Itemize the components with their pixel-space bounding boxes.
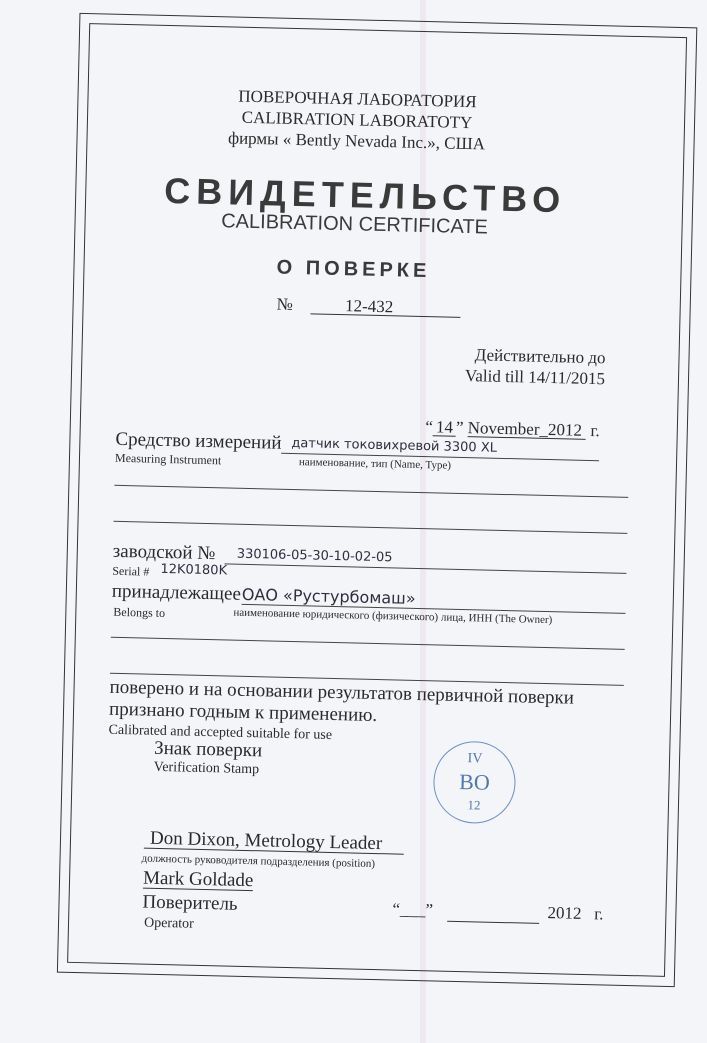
issue-date: “14” November_2012 г.	[425, 417, 600, 441]
operator-date-day: “___”	[392, 899, 433, 919]
operator-label-ru: Поверитель	[142, 892, 238, 916]
stamp-label-en: Verification Stamp	[154, 760, 260, 778]
stamp-label-ru: Знак поверки	[154, 738, 262, 763]
operator-date-year: 2012 г.	[547, 903, 603, 923]
operator-name: Mark Goldade	[143, 868, 254, 893]
stamp-bottom: 12	[434, 796, 514, 814]
owner-label-en: Belongs to	[113, 605, 165, 621]
number-label: №	[276, 295, 293, 314]
issue-day: 14	[433, 418, 456, 437]
certificate-page: ПОВЕРОЧНАЯ ЛАБОРАТОРИЯ CALIBRATION LABOR…	[57, 20, 699, 989]
operator-date-month	[447, 901, 539, 924]
issue-month-year: November_2012	[468, 419, 583, 440]
instrument-label-en: Measuring Instrument	[115, 451, 222, 469]
operator-label-en: Operator	[144, 916, 194, 933]
serial-label-en: Serial #	[112, 564, 149, 580]
valid-label-ru: Действительно до	[475, 345, 606, 368]
verification-stamp: IV BO 12	[433, 740, 517, 824]
valid-till: Valid till 14/11/2015	[465, 366, 606, 389]
stamp-top: IV	[435, 750, 515, 768]
certificate-number: 12-432	[311, 296, 461, 318]
serial-value-2: 12K0180K	[160, 562, 227, 579]
owner-label-ru: принадлежащее	[112, 581, 242, 606]
stamp-middle: BO	[434, 768, 515, 796]
